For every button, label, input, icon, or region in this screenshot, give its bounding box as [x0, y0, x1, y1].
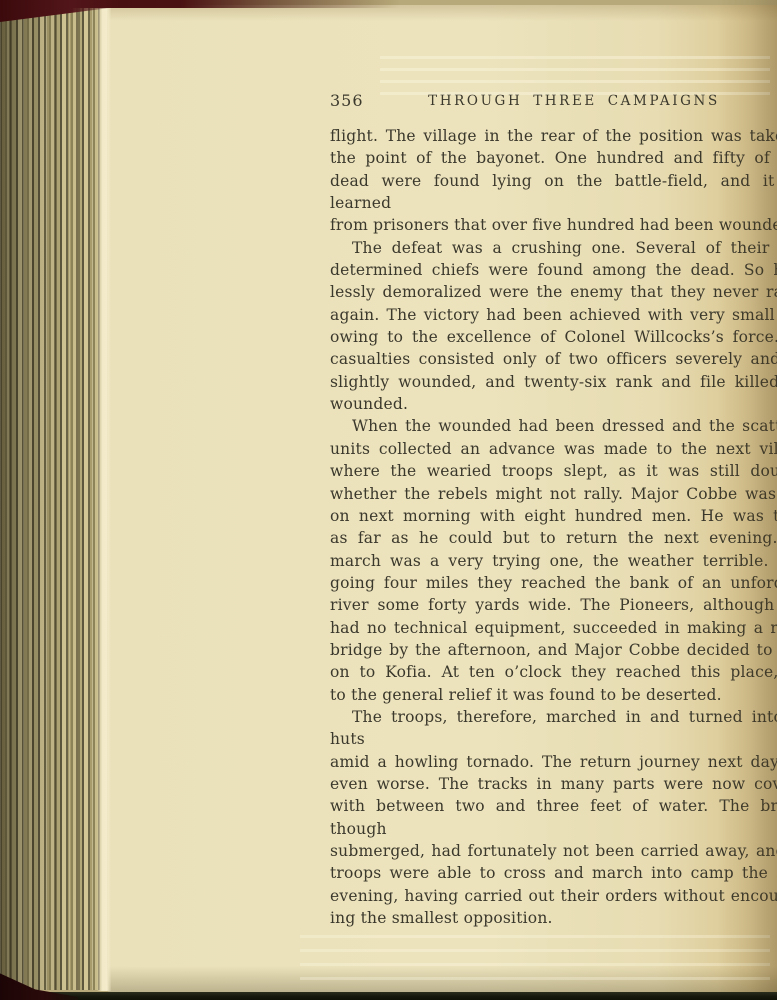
text-line: wounded. — [330, 393, 777, 415]
text-line: The troops, therefore, marched in and tu… — [330, 706, 777, 751]
text-line: whether the rebels might not rally. Majo… — [330, 483, 777, 505]
text-line: casualties consisted only of two officer… — [330, 348, 777, 370]
text-line: slightly wounded, and twenty-six rank an… — [330, 371, 777, 393]
text-line: had no technical equipment, succeeded in… — [330, 617, 777, 639]
book-bottom-edge — [0, 992, 777, 1000]
page-curvature-shadow — [717, 0, 777, 1000]
text-line: determined chiefs were found among the d… — [330, 259, 777, 281]
paragraph: The defeat was a crushing one. Several o… — [330, 237, 777, 416]
paragraph: flight. The village in the rear of the p… — [330, 125, 777, 237]
text-line: to the general relief it was found to be… — [330, 684, 777, 706]
text-line: dead were found lying on the battle-fiel… — [330, 170, 777, 215]
text-line: on to Kofia. At ten o’clock they reached… — [330, 661, 777, 683]
text-line: amid a howling tornado. The return journ… — [330, 751, 777, 773]
text-line: units collected an advance was made to t… — [330, 438, 777, 460]
text-line: When the wounded had been dressed and th… — [330, 415, 777, 437]
text-line: again. The victory had been achieved wit… — [330, 304, 777, 326]
book-page-edges — [0, 6, 108, 990]
text-line: even worse. The tracks in many parts wer… — [330, 773, 777, 795]
page-header: 356 THROUGH THREE CAMPAIGNS — [330, 91, 777, 111]
text-line: owing to the excellence of Colonel Willc… — [330, 326, 777, 348]
text-line: submerged, had fortunately not been carr… — [330, 840, 777, 862]
text-line: march was a very trying one, the weather… — [330, 550, 777, 572]
text-line: where the wearied troops slept, as it wa… — [330, 460, 777, 482]
text-line: evening, having carried out their orders… — [330, 885, 777, 907]
text-line: with between two and three feet of water… — [330, 795, 777, 840]
text-line: as far as he could but to return the nex… — [330, 527, 777, 549]
text-line: on next morning with eight hundred men. … — [330, 505, 777, 527]
book-page-scan: 356 THROUGH THREE CAMPAIGNS flight. The … — [0, 0, 777, 1000]
paragraph: When the wounded had been dressed and th… — [330, 415, 777, 705]
running-header: THROUGH THREE CAMPAIGNS — [330, 93, 777, 109]
text-line: river some forty yards wide. The Pioneer… — [330, 594, 777, 616]
text-line: flight. The village in the rear of the p… — [330, 125, 777, 147]
page: 356 THROUGH THREE CAMPAIGNS flight. The … — [108, 5, 777, 992]
text-line: troops were able to cross and march into… — [330, 862, 777, 884]
text-line: bridge by the afternoon, and Major Cobbe… — [330, 639, 777, 661]
text-line: from prisoners that over five hundred ha… — [330, 214, 777, 236]
text-block: flight. The village in the rear of the p… — [330, 125, 777, 929]
paragraph: The troops, therefore, marched in and tu… — [330, 706, 777, 929]
text-line: lessly demoralized were the enemy that t… — [330, 281, 777, 303]
text-line: going four miles they reached the bank o… — [330, 572, 777, 594]
text-line: The defeat was a crushing one. Several o… — [330, 237, 777, 259]
text-line: the point of the bayonet. One hundred an… — [330, 147, 777, 169]
current-page-fore-edge — [97, 4, 111, 991]
text-line: ing the smallest opposition. — [330, 907, 777, 929]
